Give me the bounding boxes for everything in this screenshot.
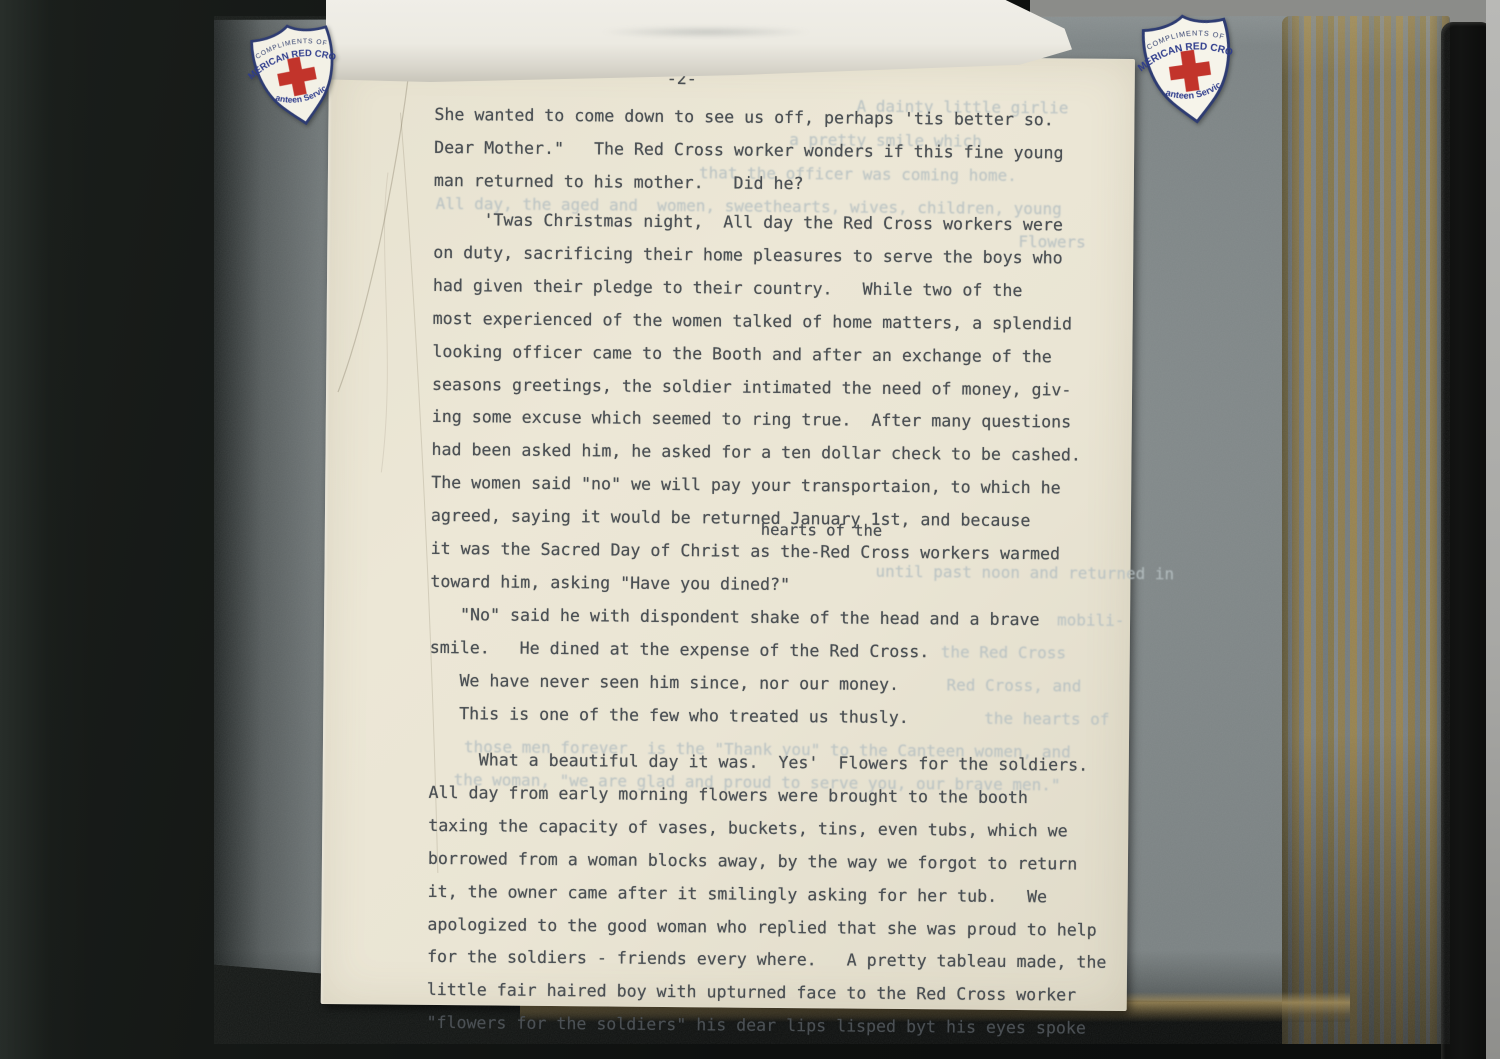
typed-text-block: She wanted to come down to see us off, p… [426, 99, 1130, 1046]
fold-ink-smudge [556, 24, 856, 40]
typed-line: most experienced of the women talked of … [433, 303, 1129, 342]
typed-line: looking officer came to the Booth and af… [432, 335, 1128, 374]
book-page-stack-edge [1282, 16, 1450, 1044]
typed-line: had given their pledge to their country.… [433, 270, 1129, 309]
typed-line: it, the owner came after it smilingly as… [428, 875, 1124, 914]
typed-line: man returned to his mother. Did he? [434, 165, 1130, 204]
typed-line: taxing the capacity of vases, buckets, t… [428, 810, 1124, 849]
scrapbook-scan: A dainty little girliea pretty smile whi… [0, 0, 1500, 1059]
typed-letter-page: A dainty little girliea pretty smile whi… [321, 52, 1135, 1011]
typed-line: "flowers for the soldiers" his dear lips… [426, 1007, 1122, 1046]
scanner-background-right [1486, 0, 1500, 1059]
typed-line: This is one of the few who treated us th… [429, 698, 1125, 737]
right-book-cover [1441, 22, 1491, 1059]
typed-line: borrowed from a woman blocks away, by th… [428, 843, 1124, 882]
red-cross-shield-sticker-right: COMPLIMENTS OF AMERICAN RED CROSS Cantee… [1124, 1, 1256, 142]
left-cover-edge [0, 0, 90, 1059]
red-cross-shield-sticker-left: COMPLIMENTS OF AMERICAN RED CROSS Cantee… [233, 9, 361, 145]
